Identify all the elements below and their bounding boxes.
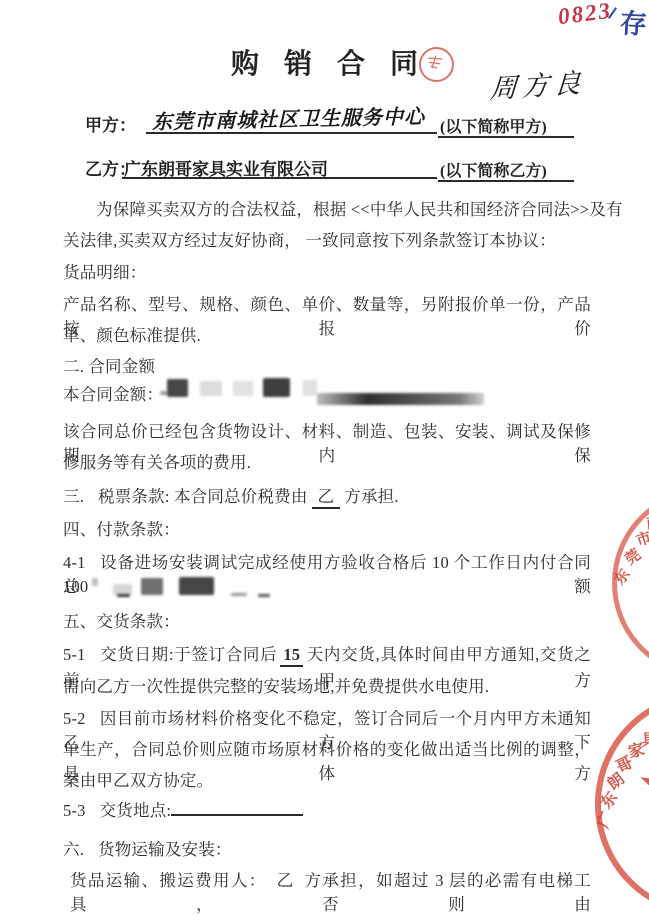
redacted-percent-block — [141, 578, 163, 595]
section-2-title: 二. 合同金额 — [63, 353, 591, 377]
party-a-label: 甲方： — [85, 111, 136, 136]
redacted-amount-block — [200, 381, 222, 396]
handwritten-code: 0823 — [557, 0, 614, 30]
redacted-percent-block — [117, 594, 130, 597]
redacted-percent-block — [179, 577, 214, 595]
redacted-amount-block — [303, 380, 317, 396]
handwritten-signature: 周方良 — [489, 61, 588, 107]
section-6-text: 货物运输及安装： — [98, 840, 232, 859]
redacted-percent-block — [92, 578, 98, 586]
section-6-title: 六.货物运输及安装： — [63, 836, 591, 860]
clause-6-transport: 货品运输、搬运费用人：乙方承担，如超过 3 层的必需有电梯工具，否则由 — [70, 867, 591, 915]
clause-5-1-number: 5-1 — [63, 645, 86, 665]
section-3-tax-clause: 三.税票条款: 本合同总价税费由乙方承担. — [63, 483, 591, 509]
transport-party-value: 乙 — [277, 867, 294, 891]
clause-5-3: 5-3交货地点: — [63, 797, 591, 821]
section-3-pre: 税票条款: 本合同总价税费由 — [98, 487, 308, 506]
redacted-percent-block — [231, 593, 247, 596]
intro-line-1: 为保障买卖双方的合法权益，根据 <<中华人民共和国经济合同法>>及有 — [63, 196, 591, 220]
delivery-address-blank — [171, 800, 303, 816]
redacted-percent-block — [258, 594, 270, 597]
section-4-title: 四、付款条款： — [63, 516, 591, 540]
section-3-number: 三. — [63, 483, 84, 507]
contract-document: 0823 存 购 销 合 同 周方良 甲方： 东莞市南城社区卫生服务中心 (以下… — [0, 0, 649, 916]
party-b-note: (以下简称乙方) — [440, 158, 547, 181]
clause-5-3-number: 5-3 — [63, 801, 86, 821]
party-a-note-underline — [438, 136, 574, 138]
archive-mark: 存 — [619, 1, 648, 41]
party-a-handwritten-value: 东莞市南城社区卫生服务中心 — [152, 100, 426, 135]
intro-line-2: 关法律,买卖双方经过友好协商， 一致同意按下列条款签订本协议： — [63, 227, 591, 251]
goods-detail-heading: 货品明细： — [63, 259, 591, 283]
total-includes-line-2: 修服务等有关各项的费用. — [63, 449, 591, 473]
clause-5-1-line-2: 需向乙方一次性提供完整的安装场地,并免费提供水电使用. — [63, 673, 591, 697]
party-a-underline — [146, 132, 437, 134]
clause-5-2-number: 5-2 — [63, 709, 86, 729]
seal-squiggle-icon — [423, 50, 448, 75]
small-red-seal-icon — [416, 44, 458, 86]
tax-party-value: 乙 — [312, 483, 341, 509]
clause-6-pre: 货品运输、搬运费用人： — [70, 871, 267, 890]
section-3-post: 方承担. — [344, 487, 398, 506]
clause-5-3-label: 交货地点: — [100, 801, 172, 820]
redacted-amount-block — [263, 378, 290, 397]
redacted-amount-block — [233, 381, 253, 396]
party-a-note: (以下简称甲方) — [440, 114, 547, 137]
seller-stamp-char: 具 — [640, 726, 649, 750]
redacted-amount-block — [167, 379, 188, 397]
section-6-number: 六. — [63, 836, 84, 860]
redacted-amount-bar — [317, 393, 484, 405]
delivery-days-value: 15 — [280, 645, 303, 667]
clause-4-1-number: 4-1 — [63, 553, 86, 573]
party-b-note-underline — [438, 180, 574, 182]
buyer-stamp-char: 南 — [645, 511, 649, 533]
page-title: 购 销 合 同 — [231, 42, 419, 82]
section-5-title: 五、交货条款： — [63, 608, 591, 632]
clause-5-1-pre: 交货日期:于签订合同后 — [100, 645, 278, 664]
product-line-2: 单、颜色标准提供. — [63, 322, 591, 346]
clause-5-2-line-3: 案由甲乙双方协定。 — [63, 767, 591, 791]
party-b-underline — [122, 177, 437, 179]
